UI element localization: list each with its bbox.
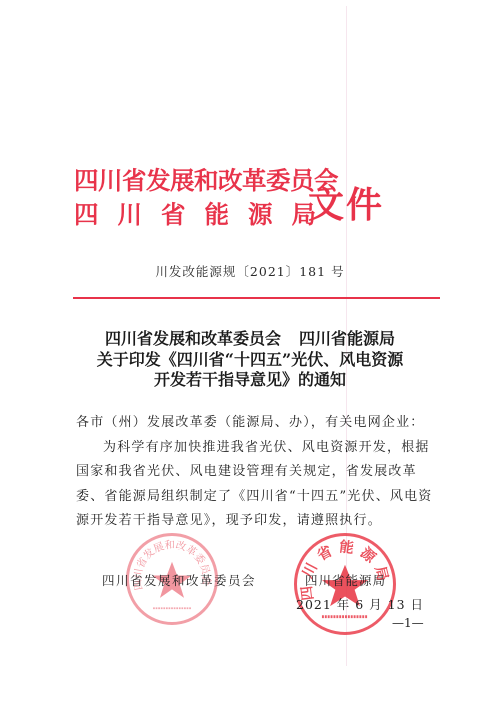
body-paragraph: 为科学有序加快推进我省光伏、风电资源开发，根据国家和我省光伏、风电建设管理有关规… — [76, 436, 436, 534]
doc-type-label: 文件 — [308, 186, 384, 226]
red-divider — [73, 297, 440, 299]
document-page: 四川省发展和改革委员会 四川省能源局 文件 川发改能源规〔2021〕181 号 … — [0, 0, 500, 706]
document-title: 四川省发展和改革委员会四川省能源局 关于印发《四川省“十四五”光伏、风电资源 开… — [0, 329, 500, 391]
addressee: 各市（州）发展改革委（能源局、办），有关电网企业： — [76, 411, 436, 436]
title-line-2: 关于印发《四川省“十四五”光伏、风电资源 — [0, 350, 500, 371]
title-issuer-a: 四川省发展和改革委员会 — [105, 329, 281, 348]
signer-ndrc: 四川省发展和改革委员会 — [102, 571, 256, 589]
issuer-name-ndrc: 四川省发展和改革委员会 — [74, 166, 338, 196]
issuer-name-energy-bureau: 四川省能源局 — [74, 200, 335, 230]
title-issuer-b: 四川省能源局 — [299, 329, 395, 348]
title-line-3: 开发若干指导意见》的通知 — [0, 370, 500, 391]
signing-date: 2021 年 6 月 13 日 — [296, 595, 424, 613]
document-body: 各市（州）发展改革委（能源局、办），有关电网企业： 为科学有序加快推进我省光伏、… — [76, 411, 436, 534]
page-number: —1— — [392, 616, 424, 630]
signer-energy-bureau: 四川省能源局 — [305, 571, 386, 589]
document-number: 川发改能源规〔2021〕181 号 — [0, 262, 500, 280]
